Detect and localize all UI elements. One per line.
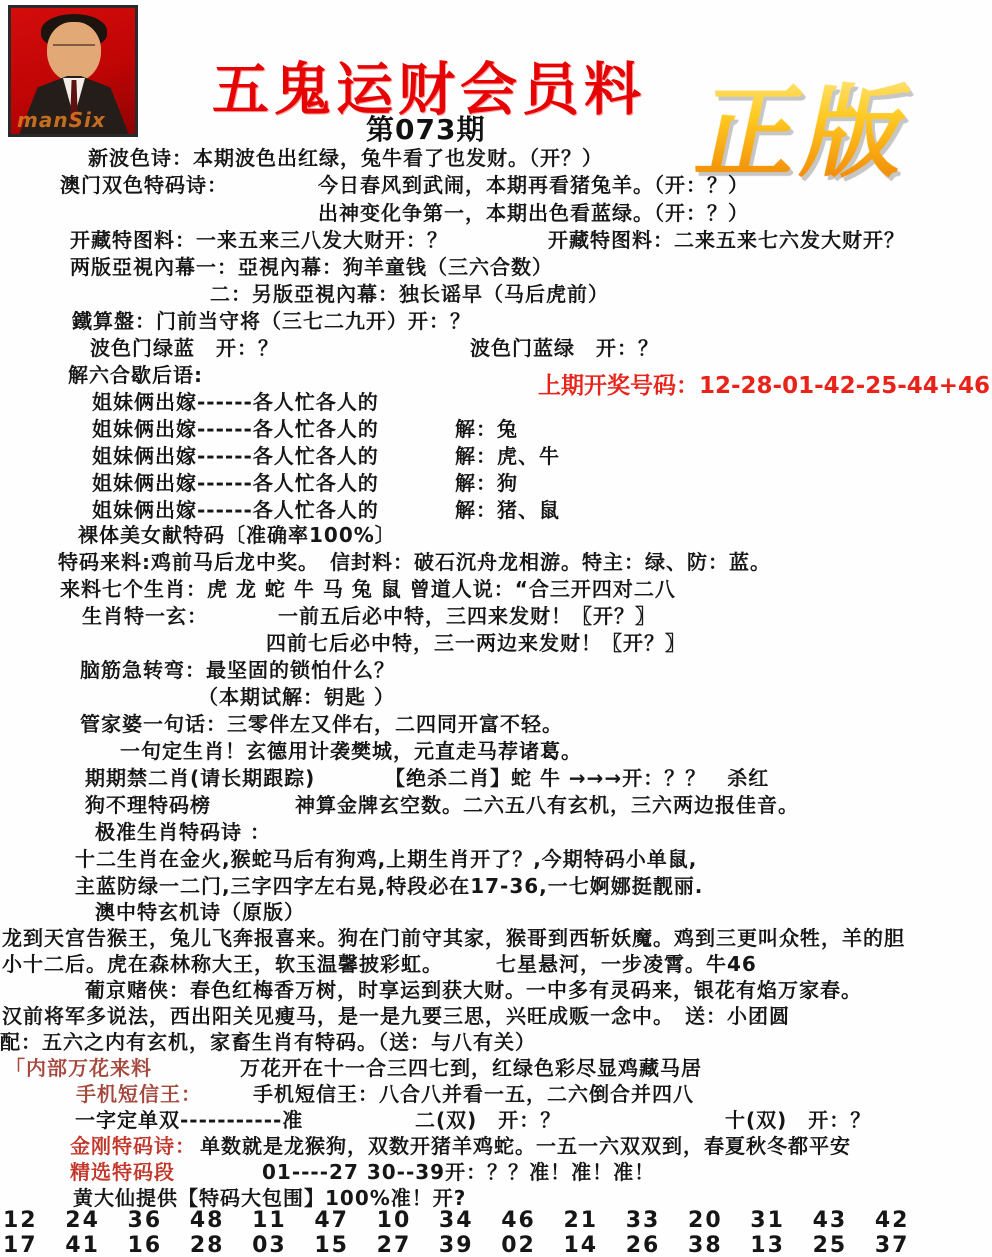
odd-even-ten: 十(双) 开：？	[725, 1104, 871, 1133]
kaicang-text-2: 开藏特图料：二来五来七六发大财开？	[548, 224, 905, 253]
xiehouyu-answer-pig-rat: 解：猪、鼠	[455, 494, 560, 523]
sms-king-text: 手机短信王：八合八并看一五，二六倒合并四八	[253, 1078, 694, 1107]
jingang-text: 单数就是龙猴狗，双数开猪羊鸡蛇。一五一六双双到，春夏秋冬都平安	[200, 1130, 851, 1159]
line-jizhun-heading: 极准生肖特码诗 ：	[95, 816, 271, 845]
portrait-glasses-shape	[53, 44, 95, 55]
line-hanqian: 汉前将军多说法，西出阳关见瘦马，是一是九要三思，兴旺成贩一念中。 送：小团圆	[2, 1000, 790, 1029]
lottery-sheet: manSix 五鬼运财会员料 第073期 正版 新波色诗：本期波色出红绿，兔牛看…	[0, 0, 992, 1257]
number-row-2: 17 41 16 28 03 15 27 39 02 14 26 38 13 2…	[3, 1233, 909, 1257]
previous-draw-numbers: 上期开奖号码：12-28-01-42-25-44+46	[538, 367, 990, 400]
line-guanjiapo: 管家婆一句话：三零伴左又伴右，二四同开富不轻。	[80, 708, 563, 737]
macau-poem-text-1: 今日春风到武闹，本期再看猪兔羊。（开：？）	[318, 169, 749, 198]
zodiac-mystery-label: 生肖特一玄：	[82, 600, 208, 629]
portrait-photo: manSix	[8, 5, 138, 137]
line-huangdaxian: 黄大仙提供【特码大包围】100%准！开?	[73, 1182, 466, 1211]
line-tiesuanpan: 鐵算盤：门前当守将（三七二九开）开：？	[72, 305, 471, 334]
line-jieliuhe-heading: 解六合歇后语:	[68, 359, 203, 388]
line-seven-zodiac: 来料七个生肖：虎 龙 蛇 牛 马 兔 鼠 曾道人说：“合三开四对二八	[60, 573, 676, 602]
line-aozhong-heading: 澳中特玄机诗（原版）	[95, 896, 305, 925]
line-yashi-2: 二：另版亞視內幕：独长谣早（马后虎前）	[210, 278, 609, 307]
portrait-watermark: manSix	[17, 108, 106, 132]
line-zodiac-mystery-2: 四前七后必中特，三一两边来发财！〖开？〗	[266, 627, 686, 656]
zodiac-mystery-text-1: 一前五后必中特，三四来发财！〖开？〗	[278, 600, 656, 629]
xiehouyu-text: 姐妹俩出嫁------各人忙各人的	[92, 440, 379, 469]
line-riddle: 脑筋急转弯：最坚固的锁怕什么？	[80, 654, 395, 683]
line-twelve-zodiac: 十二生肖在金火,猴蛇马后有狗鸡,上期生肖开了？,今期特码小单鼠,	[75, 843, 697, 872]
sms-king-label: 手机短信王：	[76, 1078, 202, 1107]
bosemen-text-2: 波色门蓝绿 开：？	[470, 332, 659, 361]
goubuli-label: 狗不理特码榜	[85, 789, 211, 818]
banned-zodiac-label: 期期禁二肖(请长期跟踪)	[85, 762, 315, 791]
line-yijuding: 一句定生肖！玄德用计袭樊城，元直走马荐诸葛。	[120, 735, 582, 764]
line-long-poem-1: 龙到天宫告猴王，兔儿飞奔报喜来。狗在门前守其家，猴哥到西斩妖魔。鸡到三更叫众牲，…	[2, 922, 905, 951]
xiehouyu-answer-tiger-ox: 解：虎、牛	[455, 440, 560, 469]
bosemen-text-1: 波色门绿蓝 开：？	[90, 332, 279, 361]
line-pei: 配：五六之内有玄机，家畜生肖有特码。（送：与八有关）	[0, 1026, 536, 1055]
line-macau-poem-2: 出神变化争第一，本期出色看蓝绿。（开：？）	[318, 197, 749, 226]
odd-even-label: 一字定单双-----------准	[75, 1104, 303, 1133]
xiehouyu-text: 姐妹俩出嫁------各人忙各人的	[92, 413, 379, 442]
line-new-wave-poem: 新波色诗：本期波色出红绿，兔牛看了也发财。（开？）	[88, 142, 603, 171]
odd-even-two: 二(双) 开：？	[415, 1104, 561, 1133]
line-temalai: 特码来料:鸡前马后龙中奖。 信封料：破石沉舟龙相游。特主：绿、防：蓝。	[58, 546, 771, 575]
jingxuan-text: 01----27 30--39开：？？准！准！准！	[262, 1156, 655, 1185]
xiehouyu-text: 姐妹俩出嫁------各人忙各人的	[92, 467, 379, 496]
neibu-text: 万花开在十一合三四七到，红绿色彩尽显鸡藏马居	[240, 1052, 702, 1081]
line-riddle-answer: （本期试解：钥匙 ）	[198, 681, 395, 710]
xiehouyu-answer-dog: 解：狗	[455, 467, 518, 496]
kaicang-text-1: 开藏特图料：一来五来三八发大财开：？	[70, 224, 448, 253]
number-row-1: 12 24 36 48 11 47 10 34 46 21 33 20 31 4…	[3, 1208, 909, 1233]
shensuan-text: 神算金牌玄空数。二六五八有玄机，三六两边报佳音。	[295, 789, 799, 818]
macau-poem-label: 澳门双色特码诗：	[60, 169, 228, 198]
line-long-poem-2: 小十二后。虎在森林称大王，软玉温馨披彩虹。 七星悬河，一步凌霄。牛46	[2, 948, 757, 977]
neibu-label: 「内部万花来料	[5, 1052, 152, 1081]
line-zhulan: 主蓝防绿一二门,三字四字左右晃,特段必在17-36,一七婀娜挺靓丽.	[75, 870, 703, 899]
line-yashi-1: 两版亞視內幕一：亞視內幕：狗羊童钱（三六合数）	[70, 251, 553, 280]
jingang-label: 金刚特码诗：	[70, 1130, 196, 1159]
killed-zodiac-text: 【绝杀二肖】蛇 牛 →→→开：？？ 杀红	[385, 762, 769, 791]
jingxuan-label: 精选特码段	[70, 1156, 175, 1185]
line-xiehouyu-1: 姐妹俩出嫁------各人忙各人的	[92, 386, 379, 415]
line-luoti: 裸体美女献特码〔准确率100%〕	[78, 519, 396, 548]
line-pujing: 葡京赌侠：春色红梅香万树，时享运到获大财。一中多有灵码来，银花有焰万家春。	[85, 974, 862, 1003]
xiehouyu-answer-rabbit: 解：兔	[455, 413, 518, 442]
